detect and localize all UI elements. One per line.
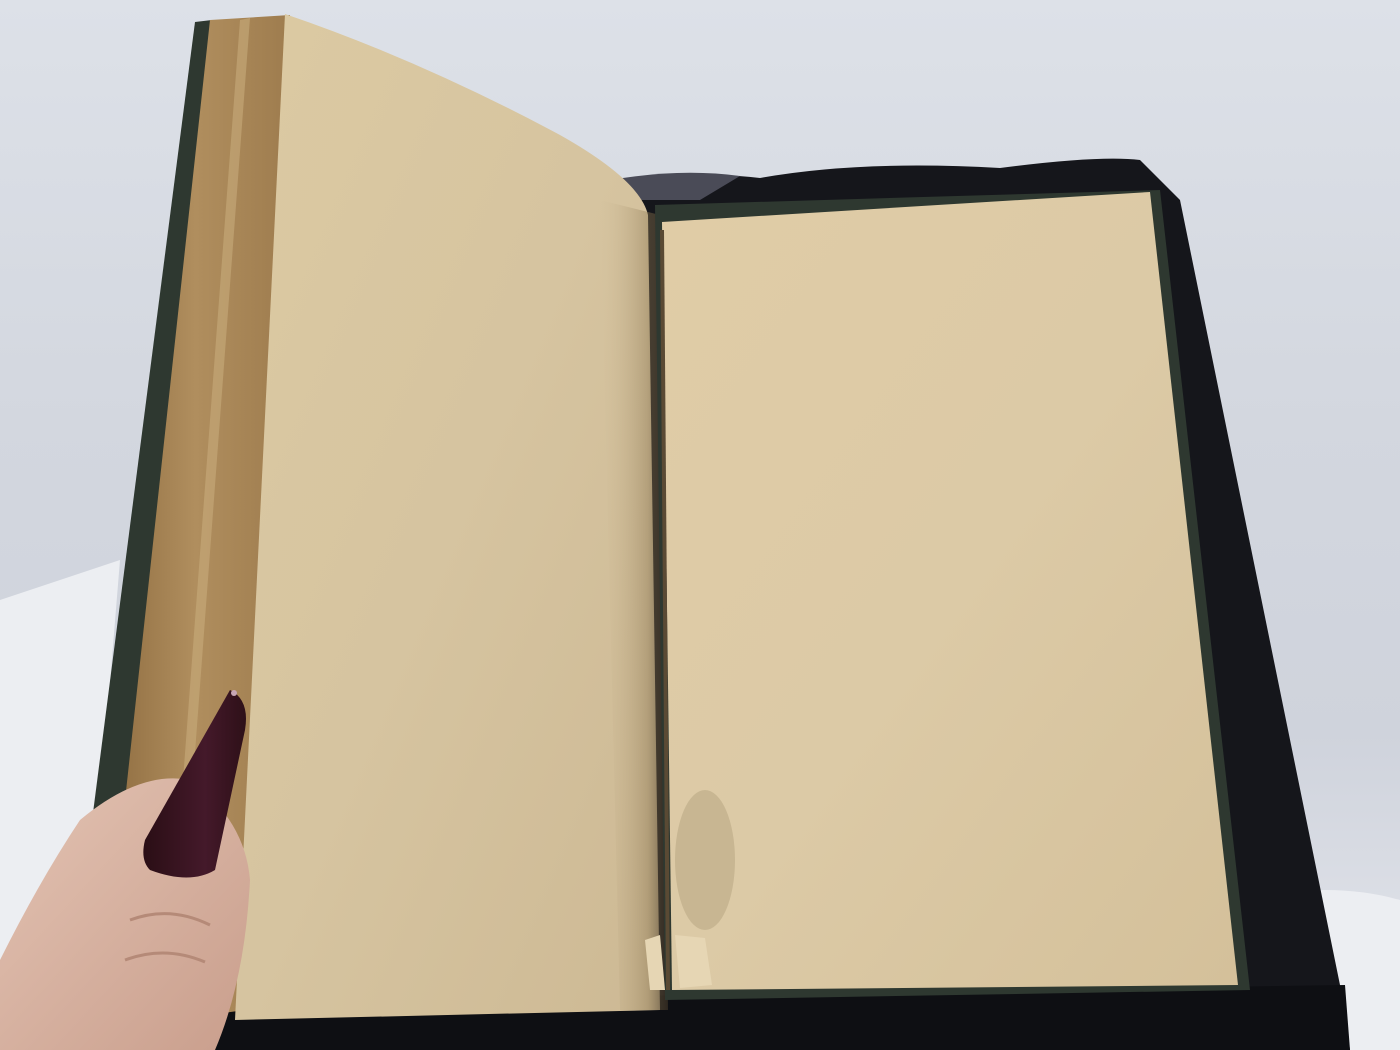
photo-scene — [0, 0, 1400, 1050]
right-page — [662, 192, 1238, 990]
left-page — [235, 14, 660, 1020]
book-photo — [0, 0, 1400, 1050]
